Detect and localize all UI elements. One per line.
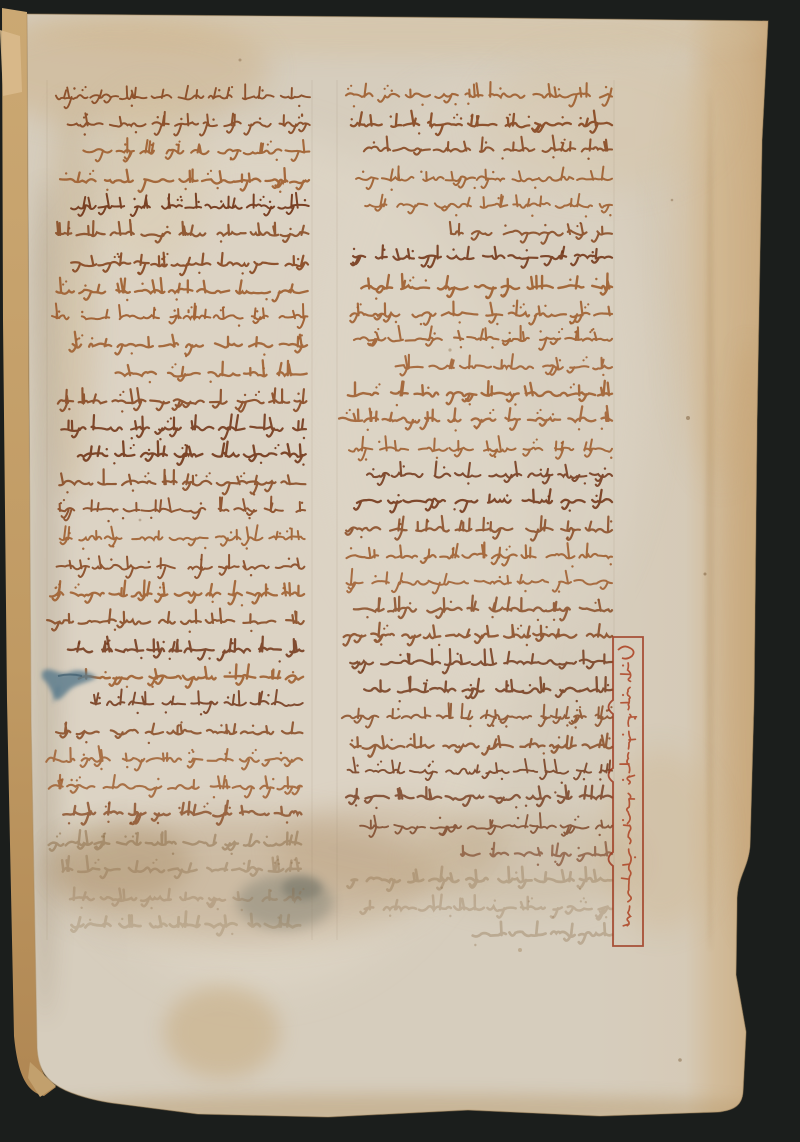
diacritic-dots <box>474 944 476 946</box>
speck <box>686 416 690 420</box>
speck <box>448 348 451 351</box>
speck <box>704 573 707 576</box>
speck <box>139 519 142 522</box>
manuscript-page <box>0 0 780 1142</box>
photo-backdrop: Parchment codex leaf photographed on bla… <box>0 0 800 1142</box>
speck <box>678 1058 682 1062</box>
top-left-leaf-sliver <box>0 30 22 96</box>
speck <box>671 199 674 202</box>
stain <box>480 50 720 190</box>
speck <box>239 59 242 62</box>
speck <box>518 948 522 952</box>
stain <box>164 986 280 1078</box>
manuscript-photo: Parchment codex leaf photographed on bla… <box>0 0 800 1142</box>
